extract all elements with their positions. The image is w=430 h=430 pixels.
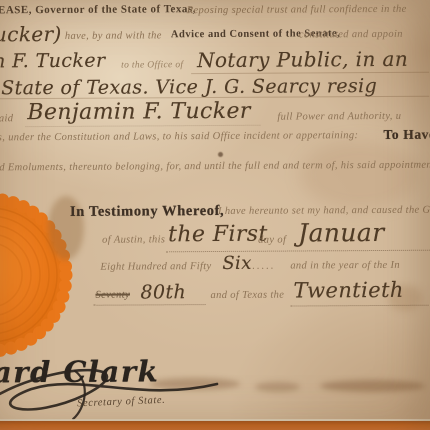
of-texas-label: and of Texas the (210, 290, 284, 301)
emoluments-clause-italic: nd Emoluments, thereunto belonging, for,… (0, 160, 430, 174)
fill-in-line (25, 125, 260, 127)
day-handwritten: the First (168, 222, 268, 248)
twentieth-handwritten: Twentieth (293, 278, 403, 303)
year-handwritten: Six (222, 253, 252, 274)
day-of-label: day of (258, 235, 286, 246)
form-rule (191, 72, 429, 74)
fill-in-line (166, 250, 430, 253)
office-title-handwritten: Notary Public, in an (197, 47, 408, 72)
leader-dots: ..... (252, 261, 275, 272)
said-label: said (0, 113, 13, 124)
document-photo: PEASE, Governor of the State of Texas, R… (0, 0, 430, 430)
in-testimony-blackletter: In Testimony Whereof, (70, 203, 224, 221)
appointee-name-fragment: n F. Tucker (0, 50, 105, 73)
power-authority-italic: full Power and Authority, u (277, 111, 401, 123)
trust-clause-text: Reposing special trust and full confiden… (187, 4, 407, 16)
appointee-full-name: Benjamin F. Tucker (27, 99, 251, 125)
eightieth-handwritten: 80th (140, 281, 186, 303)
fill-in-line (291, 305, 429, 307)
advice-clause-italic: have, by and with the (65, 30, 162, 42)
of-austin-label: of Austin, this (102, 234, 165, 245)
struck-printed-word: Seventy (95, 290, 130, 301)
year-printed-italic: Eight Hundred and Fifty (100, 261, 211, 273)
to-have-blackletter: To Have (383, 127, 430, 143)
fill-in-line (94, 304, 206, 306)
independence-printed-italic: and in the year of the In (290, 260, 400, 272)
governor-printed-text: PEASE, Governor of the State of Texas, (0, 3, 196, 16)
office-of-label: to the Office of (121, 60, 183, 70)
handwritten-name-fragment: ucker) (0, 22, 62, 46)
constitution-clause-italic: ts, under the Constitution and Laws, to … (0, 130, 358, 143)
hereunto-clause-italic: I have hereunto set my hand, and caused … (218, 205, 430, 217)
mat-edge (0, 421, 430, 430)
month-handwritten: Januar (298, 218, 385, 248)
appointed-clause-italic: constituted and appoin (299, 29, 403, 41)
